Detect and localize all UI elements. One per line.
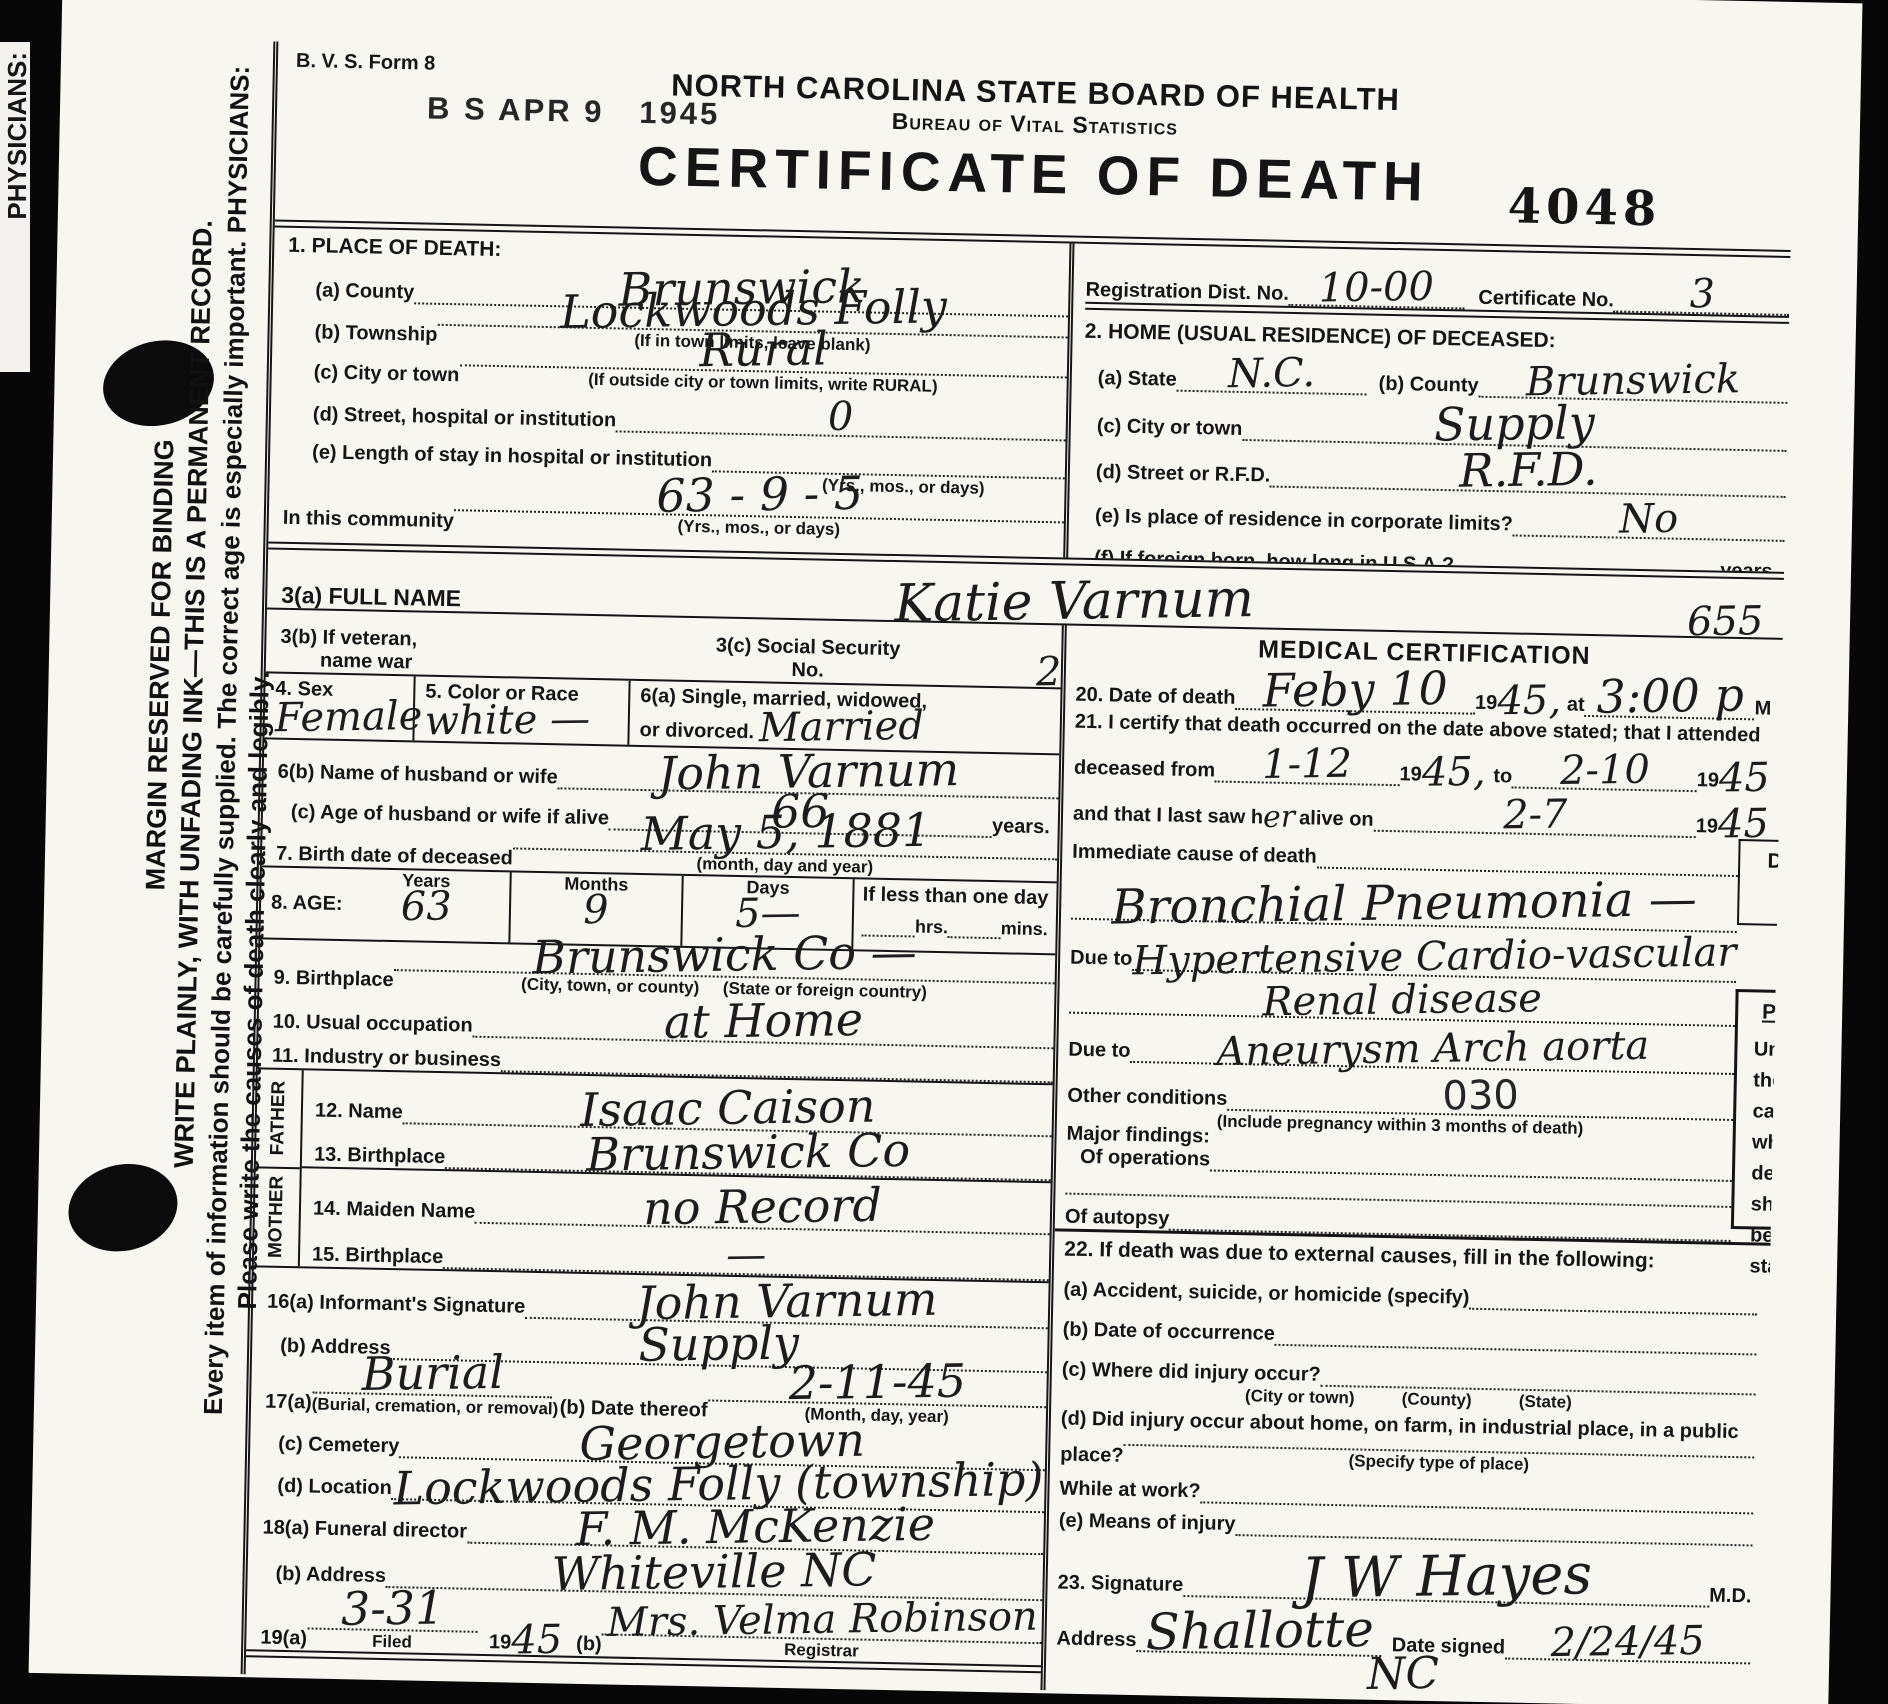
- informant-address-value: Supply: [638, 1325, 799, 1362]
- age-hrs-label: hrs.: [915, 917, 948, 938]
- certify-to-line: 2-10: [1512, 753, 1697, 792]
- physician-note-1: Underline the: [1753, 1034, 1783, 1098]
- due-to-1-value2: Renal disease: [1263, 983, 1543, 1017]
- certificate-serial-number: 4048: [1507, 178, 1662, 237]
- filed-date-line: 3-31: [307, 1589, 478, 1632]
- md-label: M.D.: [1709, 1584, 1752, 1608]
- funeral-director-address-value: Whiteville NC: [552, 1552, 877, 1591]
- certify-to-value: 2-10: [1559, 754, 1649, 785]
- certify-to-label: to: [1485, 765, 1512, 789]
- funeral-director-label: 18(a) Funeral director: [262, 1517, 467, 1544]
- filed-year-value: 45: [511, 1625, 562, 1656]
- burial-date-line: 2-11-45: [708, 1361, 1047, 1408]
- physician-address-line: Shallotte: [1136, 1610, 1382, 1657]
- duration-box: Duration: [1737, 839, 1782, 928]
- section-place-of-death: 1. PLACE OF DEATH: (a) County Brunswick …: [268, 228, 1069, 558]
- of-autopsy-label: Of autopsy: [1065, 1206, 1170, 1231]
- physician-address-value: Shallotte: [1145, 1611, 1374, 1652]
- street-value: 0: [828, 402, 854, 432]
- filed-date-value: 3-31: [341, 1590, 445, 1626]
- while-at-work-label: While at work?: [1059, 1477, 1201, 1503]
- full-name-value: Katie Varnum: [894, 580, 1254, 624]
- certify-y3-prefix: 19: [1696, 815, 1719, 838]
- birthplace-value: Brunswick Co —: [532, 934, 917, 974]
- margin-binding-text: MARGIN RESERVED FOR BINDING: [140, 439, 180, 891]
- birth-date-value: May 5, 1881: [640, 812, 931, 851]
- age-label: 8. AGE:: [271, 891, 343, 915]
- other-conditions-value: 030: [1442, 1080, 1519, 1111]
- last-saw-line: 2-7: [1373, 796, 1696, 837]
- filed-label: 19(a): [260, 1627, 307, 1651]
- death-time-m: M: [1754, 697, 1771, 720]
- date-of-death-year-prefix: 19: [1475, 691, 1498, 714]
- due-to-2-line: Aneurysm Arch aorta: [1130, 1028, 1735, 1075]
- home-city-label: (c) City or town: [1097, 415, 1243, 441]
- due-to-2-value: Aneurysm Arch aorta: [1216, 1030, 1649, 1066]
- father-birthplace-label: 13. Birthplace: [314, 1144, 446, 1170]
- mother-maiden-name-value: no Record: [643, 1188, 882, 1226]
- home-state-label: (a) State: [1098, 367, 1177, 392]
- date-signed-line: 2/24/45: [1505, 1624, 1751, 1664]
- immediate-cause-line2: Bronchial Pneumonia —: [1071, 878, 1738, 932]
- date-of-death-year: 45,: [1497, 685, 1561, 716]
- home-city-value: Supply: [1434, 405, 1595, 442]
- personal-statistics-column: 3(b) If veteran, name war 3(c) Social Se…: [246, 609, 1062, 1689]
- form-header: B. V. S. Form 8 B S APR 9 1945 NORTH CAR…: [275, 42, 1794, 250]
- certify-from-line: 1-12: [1215, 747, 1400, 786]
- burial-label: 17(a): [265, 1391, 312, 1415]
- major-findings-label: Major findings:: [1066, 1123, 1210, 1149]
- certificate-no-line: 3: [1614, 277, 1790, 316]
- home-county-label: (b) County: [1366, 373, 1478, 398]
- certify-y2-prefix: 19: [1696, 769, 1719, 792]
- form-number: B. V. S. Form 8: [296, 50, 436, 76]
- physician-address-state: NC: [1367, 1657, 1440, 1691]
- home-street-label: (d) Street or R.F.D.: [1096, 461, 1271, 487]
- age-days-value: 5—: [682, 897, 852, 930]
- certify-y2-value: 45: [1719, 763, 1770, 794]
- foreign-born-suffix: years.: [1720, 560, 1778, 572]
- mother-birthplace-value: —: [726, 1240, 766, 1271]
- county-label: (a) County: [315, 279, 414, 304]
- due-to-1-value: Hypertensive Cardio-vascular: [1132, 937, 1737, 976]
- certificate-paper: MARGIN RESERVED FOR BINDING WRITE PLAINL…: [29, 0, 1863, 1704]
- registrar-line: Mrs. Velma Robinson: [602, 1600, 1042, 1644]
- medical-certification-column: MEDICAL CERTIFICATION 20. Date of death …: [1040, 625, 1782, 1704]
- certify-y3-value: 45: [1718, 808, 1769, 839]
- physician-title: Physician: [1754, 1000, 1782, 1026]
- certify-from-value: 1-12: [1262, 748, 1352, 779]
- immediate-cause-value: Bronchial Pneumonia —: [1112, 881, 1698, 926]
- industry-label: 11. Industry or business: [272, 1045, 501, 1073]
- physician-note-3: death should: [1750, 1158, 1782, 1222]
- community-label: In this community: [283, 506, 455, 532]
- certify-y1-prefix: 19: [1399, 763, 1422, 786]
- bleed-physicians-text: PHYSICIANS:: [2, 52, 30, 220]
- occupation-value: at Home: [664, 1002, 864, 1039]
- physician-note-4: be charged: [1750, 1220, 1783, 1253]
- due-to-1-label: Due to: [1070, 946, 1133, 970]
- date-of-death-value: Feby 10: [1263, 671, 1449, 708]
- cemetery-location-label: (d) Location: [277, 1475, 392, 1500]
- age-less-than-day-label: If less than one day: [863, 883, 1049, 909]
- certify-y1-value: 45,: [1422, 757, 1486, 788]
- physician-note-2: cause to which: [1752, 1096, 1783, 1160]
- of-operations-label: Of operations: [1066, 1146, 1210, 1172]
- cemetery-label: (c) Cemetery: [278, 1433, 400, 1458]
- father-birthplace-value: Brunswick Co: [586, 1133, 910, 1172]
- race-value: white —: [425, 704, 591, 736]
- certificate-no-value: 3: [1689, 279, 1715, 309]
- funeral-director-value: F. M. McKenzie: [576, 1507, 936, 1547]
- full-name-extra-number: 655: [1686, 606, 1763, 637]
- registration-dist-label: Registration Dist. No.: [1085, 279, 1289, 306]
- certify-from-label: deceased from: [1074, 756, 1216, 782]
- certificate-no-label: Certificate No.: [1464, 286, 1614, 312]
- age-years-value: 63: [342, 890, 509, 922]
- means-of-injury-label: (e) Means of injury: [1059, 1509, 1236, 1536]
- veteran-label2: name war: [280, 649, 580, 678]
- mother-tab: MOTHER: [254, 1168, 300, 1266]
- due-to-1-line: Hypertensive Cardio-vascular: [1132, 936, 1737, 983]
- death-time-line: 3:00 p: [1584, 677, 1755, 720]
- physician-note-5: statistically.: [1749, 1251, 1783, 1284]
- township-label: (b) Township: [314, 321, 437, 346]
- occurrence-date-label: (b) Date of occurrence: [1062, 1319, 1275, 1346]
- birthplace-label: 9. Birthplace: [273, 967, 393, 992]
- received-date-stamp: B S APR 9 1945: [427, 91, 721, 133]
- home-county-value: Brunswick: [1526, 364, 1741, 397]
- burial-line: Burial: [312, 1353, 553, 1398]
- corporate-limits-line: No: [1513, 502, 1786, 542]
- last-saw-er: er: [1263, 807, 1295, 830]
- date-signed-value: 2/24/45: [1551, 1625, 1706, 1657]
- duration-label: Duration: [1767, 849, 1782, 874]
- date-of-death-at: at: [1561, 693, 1585, 716]
- full-name-label: 3(a) FULL NAME: [281, 581, 461, 611]
- physician-signature-label: 23. Signature: [1057, 1571, 1183, 1597]
- burial-value: Burial: [361, 1354, 504, 1391]
- date-of-death-line: Feby 10: [1235, 670, 1475, 715]
- birth-date-label: 7. Birth date of deceased: [276, 843, 513, 871]
- burial-date-value: 2-11-45: [788, 1363, 966, 1400]
- age-months-value: 9: [511, 894, 681, 927]
- home-street-value: R.F.D.: [1459, 452, 1598, 489]
- marital-value: Married: [758, 711, 924, 743]
- scan-edge-bleed: PHYSICIANS:: [0, 42, 30, 372]
- mother-birthplace-label: 15. Birthplace: [312, 1243, 444, 1269]
- date-of-death-label: 20. Date of death: [1075, 683, 1235, 709]
- registrar-b-label: (b): [562, 1633, 602, 1657]
- immediate-cause-label: Immediate cause of death: [1072, 840, 1317, 868]
- city-value: Rural: [699, 331, 828, 367]
- home-state-value: N.C.: [1228, 358, 1315, 389]
- filed-year-prefix: 19: [477, 1631, 512, 1655]
- occupation-label: 10. Usual occupation: [272, 1011, 472, 1038]
- physician-box: Physician Underline the cause to which d…: [1731, 989, 1782, 1232]
- physician-address-label: Address: [1056, 1627, 1136, 1652]
- community-value: 63 - 9 - 5: [656, 476, 863, 514]
- alive-on-label: alive on: [1295, 807, 1374, 832]
- corporate-limits-value: No: [1619, 504, 1679, 535]
- physician-signature-value: J W Hayes: [1301, 1554, 1593, 1600]
- marital-label2: or divorced.: [639, 719, 754, 743]
- father-name-value: Isaac Caison: [580, 1089, 876, 1128]
- other-conditions-label: Other conditions: [1067, 1084, 1227, 1110]
- city-label: (c) City or town: [314, 361, 460, 387]
- registration-dist-value: 10-00: [1319, 272, 1435, 304]
- certificate-form: B. V. S. Form 8 B S APR 9 1945 NORTH CAR…: [241, 41, 1794, 1704]
- last-saw-value: 2-7: [1502, 799, 1567, 830]
- sex-value: Female: [275, 701, 423, 733]
- registrar-value: Mrs. Velma Robinson: [606, 1601, 1037, 1637]
- age-mins-line: [948, 936, 1001, 939]
- registration-dist-line: 10-00: [1289, 271, 1465, 310]
- father-tab: FATHER: [256, 1069, 302, 1169]
- due-to-2-label: Due to: [1068, 1038, 1131, 1062]
- duration-physician-rail: Duration Physician Underline the cause t…: [1731, 839, 1783, 1245]
- father-name-label: 12. Name: [315, 1100, 403, 1125]
- home-state-line: N.C.: [1176, 357, 1367, 396]
- death-time-value: 3:00 p: [1596, 677, 1744, 714]
- ssn-value: 2: [1035, 657, 1061, 687]
- mother-maiden-name-label: 14. Maiden Name: [313, 1197, 476, 1223]
- age-mins-label: mins.: [1001, 919, 1048, 941]
- section-registration-home: Registration Dist. No. 10-00 Certificate…: [1063, 243, 1790, 571]
- hole-punch-bottom: [60, 1154, 186, 1262]
- injury-place-label: place?: [1060, 1443, 1124, 1467]
